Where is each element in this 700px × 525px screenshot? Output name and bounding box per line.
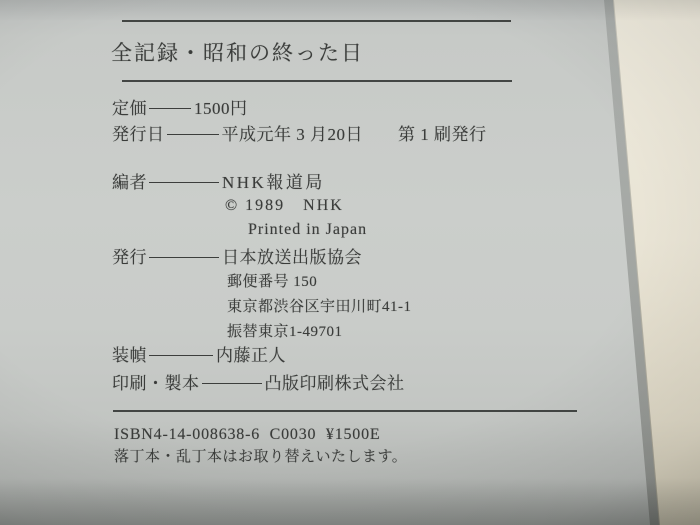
copyright-line: © 1989 NHK [225, 198, 344, 214]
printer-value: 凸版印刷株式会社 [265, 374, 405, 393]
editor-value: NHK報道局 [222, 173, 325, 192]
title-divider [122, 80, 512, 82]
dash-line [202, 383, 262, 384]
publisher-row: 発行日本放送出版協会 [112, 249, 362, 266]
postal-code-line: 郵便番号 150 [227, 275, 317, 290]
publication-date-row: 発行日平成元年 3 月20日 第 1 刷発行 [112, 126, 487, 143]
dash-line [149, 182, 219, 183]
binding-designer-label: 装幀 [112, 346, 147, 365]
postal-transfer-line: 振替東京1-49701 [227, 325, 343, 340]
price-value: 1500円 [194, 99, 248, 118]
publication-date-value: 平成元年 3 月20日 第 1 刷発行 [222, 125, 487, 144]
dash-line [149, 257, 219, 258]
top-divider [122, 20, 511, 22]
price-label: 定価 [112, 99, 147, 118]
publisher-value: 日本放送出版協会 [222, 248, 362, 267]
book-title: 全記録・昭和の終った日 [111, 43, 364, 64]
isbn-line: ISBN4-14-008638-6 C0030 ¥1500E [114, 427, 380, 443]
price-row: 定価1500円 [112, 100, 248, 117]
return-policy-line: 落丁本・乱丁本はお取り替えいたします。 [114, 450, 407, 465]
editor-label: 編者 [112, 173, 147, 192]
dash-line [149, 108, 191, 109]
binding-designer-row: 装幀内藤正人 [112, 347, 286, 364]
publisher-address-line: 東京都渋谷区宇田川町41-1 [227, 300, 412, 315]
book-colophon-page-photo: 全記録・昭和の終った日 定価1500円 発行日平成元年 3 月20日 第 1 刷… [0, 0, 700, 525]
printer-row: 印刷・製本凸版印刷株式会社 [112, 375, 405, 392]
binding-designer-value: 内藤正人 [216, 346, 286, 365]
dash-line [149, 355, 213, 356]
editor-row: 編者NHK報道局 [112, 174, 325, 191]
printed-in-line: Printed in Japan [248, 222, 367, 238]
publication-date-label: 発行日 [112, 125, 165, 144]
printer-label: 印刷・製本 [112, 374, 200, 393]
dash-line [167, 134, 219, 135]
publisher-label: 発行 [112, 248, 147, 267]
footer-divider [113, 410, 577, 412]
